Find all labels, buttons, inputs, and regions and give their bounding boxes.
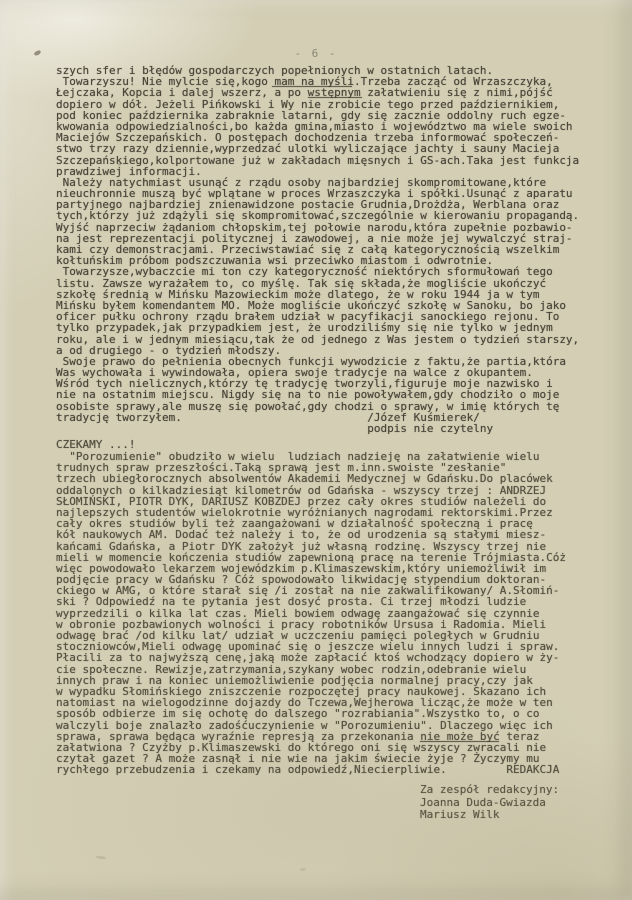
signoff-name-2: Mariusz Wilk <box>420 809 559 822</box>
text-line: tych,którzy już zdążyli się skompromitow… <box>56 210 579 221</box>
text-line: sposób odbierze im się ochotę do dalszeg… <box>56 708 566 719</box>
underline-mark <box>420 741 499 742</box>
text-line: ski ? Odpowiedź na te pytania jest dosyć… <box>56 596 566 607</box>
underline-mark <box>272 86 352 87</box>
page-number: - 6 - <box>0 47 632 60</box>
text-line: stwo trzy razy dziennie,wyprzedzać ulotk… <box>56 143 579 154</box>
scanned-typewritten-page: - 6 - szych sfer i błędów gospodarczych … <box>0 0 632 900</box>
text-line: podpis nie czytelny <box>56 423 579 434</box>
text-line: rychłego przebudzenia i czekamy na odpow… <box>56 764 566 775</box>
text-line: trzech ubiegłorocznych absolwentów Akade… <box>56 473 566 484</box>
text-line: walczyli boje znalazło zadośćuczynienie … <box>56 720 566 731</box>
ink-speck <box>96 855 106 859</box>
ink-speck <box>300 868 306 871</box>
text-line: tylko przypadek,jak przypadkiem jest, że… <box>56 322 579 333</box>
text-line: kół naukowych AM. Dodać też należy i to,… <box>56 529 566 540</box>
editorial-signoff: Za zespół redakcyjny: Joanna Duda-Gwiazd… <box>420 784 559 822</box>
underline-mark <box>308 97 362 98</box>
text-line: Płacili za to najwyższą cenę,jaką może z… <box>56 652 566 663</box>
text-line: nie na ostatnim miejscu. Nigdy się na to… <box>56 389 579 400</box>
letter-text: szych sfer i błędów gospodarczych popełn… <box>56 65 579 434</box>
signoff-label: Za zespół redakcyjny: <box>420 784 559 797</box>
text-line: Szczepańskiego,kolportowane już w zakład… <box>56 155 579 166</box>
text-line: Towarzysze,wybaczcie mi ton czy kategory… <box>56 266 579 277</box>
text-line: kańcami Gdańska, a Piotr DYK założył już… <box>56 541 566 552</box>
text-line: roku, ale i w jednym miesiącu,tak że od … <box>56 334 579 345</box>
article-text: "Porozumienie" obudziło w wielu ludziach… <box>56 451 566 775</box>
